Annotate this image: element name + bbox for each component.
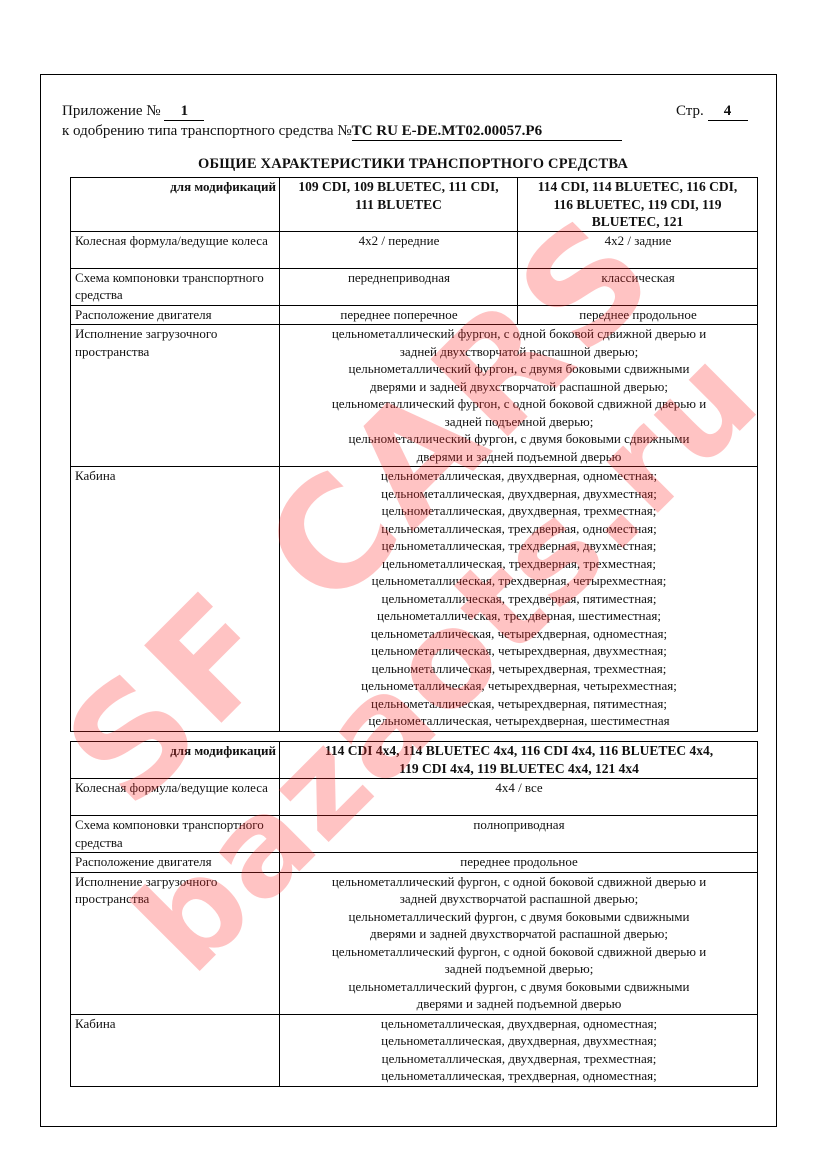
approval-number: ТС RU E-DE.MT02.00057.P6 — [352, 122, 622, 141]
page-number: 4 — [708, 102, 748, 121]
cabin-line: цельнометаллическая, трехдверная, шестим… — [284, 607, 754, 625]
cargo-values: цельнометаллический фургон, с одной боко… — [280, 872, 758, 1014]
cabin-line: цельнометаллическая, четырехдверная, чет… — [284, 677, 754, 695]
row-label: Колесная формула/ведущие колеса — [71, 231, 280, 268]
row-value: переднее поперечное — [280, 305, 518, 325]
row-value: 4x4 / все — [280, 779, 758, 816]
cargo-line: дверями и задней подъемной дверью — [284, 995, 754, 1013]
cabin-line: цельнометаллическая, двухдверная, двухме… — [284, 485, 754, 503]
document-title: ОБЩИЕ ХАРАКТЕРИСТИКИ ТРАНСПОРТНОГО СРЕДС… — [70, 156, 756, 173]
approval-label: к одобрению типа транспортного средства … — [62, 123, 352, 139]
table-row: Исполнение загрузочного пространства цел… — [71, 872, 758, 1014]
cargo-values: цельнометаллический фургон, с одной боко… — [280, 325, 758, 467]
cabin-line: цельнометаллическая, четырехдверная, дву… — [284, 642, 754, 660]
cabin-line: цельнометаллическая, трехдверная, трехме… — [284, 555, 754, 573]
cabin-line: цельнометаллическая, двухдверная, одноме… — [284, 1015, 754, 1033]
cargo-line: задней подъемной дверью; — [284, 960, 754, 978]
cargo-line: задней подъемной дверью; — [284, 413, 754, 431]
table-row: Исполнение загрузочного пространства цел… — [71, 325, 758, 467]
cargo-line: дверями и задней подъемной дверью — [284, 448, 754, 466]
cabin-values: цельнометаллическая, двухдверная, одноме… — [280, 467, 758, 732]
row-value: 4x2 / задние — [518, 231, 758, 268]
table-row: Расположение двигателя переднее продольн… — [71, 853, 758, 873]
cargo-line: цельнометаллический фургон, с двумя боко… — [284, 360, 754, 378]
row-label: Исполнение загрузочного пространства — [71, 325, 280, 467]
spec-table-4wd: для модификаций 114 CDI 4x4, 114 BLUETEC… — [70, 741, 758, 1087]
cabin-line: цельнометаллическая, трехдверная, четыре… — [284, 572, 754, 590]
cargo-line: цельнометаллический фургон, с одной боко… — [284, 325, 754, 343]
table-row: для модификаций 109 CDI, 109 BLUETEC, 11… — [71, 178, 758, 232]
table-row: для модификаций 114 CDI 4x4, 114 BLUETEC… — [71, 742, 758, 779]
cabin-line: цельнометаллическая, двухдверная, трехме… — [284, 1050, 754, 1068]
appendix-label: Приложение № — [62, 103, 161, 119]
row-value: полноприводная — [280, 816, 758, 853]
mods-col1: 109 CDI, 109 BLUETEC, 111 CDI, 111 BLUET… — [280, 178, 518, 232]
page-number-line: Стр. 4 — [676, 102, 748, 121]
cabin-line: цельнометаллическая, трехдверная, пятиме… — [284, 590, 754, 608]
row-label: Кабина — [71, 467, 280, 732]
table-row: Кабина цельнометаллическая, двухдверная,… — [71, 1014, 758, 1086]
cabin-line: цельнометаллическая, двухдверная, двухме… — [284, 1032, 754, 1050]
table-row: Схема компоновки транспортного средства … — [71, 268, 758, 305]
cargo-line: цельнометаллический фургон, с двумя боко… — [284, 430, 754, 448]
cabin-values: цельнометаллическая, двухдверная, одноме… — [280, 1014, 758, 1086]
row-label: Схема компоновки транспортного средства — [71, 268, 280, 305]
appendix-line: Приложение № 1 — [62, 102, 204, 121]
mods-value-line: 114 CDI 4x4, 114 BLUETEC 4x4, 116 CDI 4x… — [284, 742, 754, 760]
page-label: Стр. — [676, 103, 704, 119]
cabin-line: цельнометаллическая, двухдверная, одноме… — [284, 467, 754, 485]
row-label: Схема компоновки транспортного средства — [71, 816, 280, 853]
cabin-line: цельнометаллическая, четырехдверная, тре… — [284, 660, 754, 678]
cabin-line: цельнометаллическая, двухдверная, трехме… — [284, 502, 754, 520]
row-label: Колесная формула/ведущие колеса — [71, 779, 280, 816]
cabin-line: цельнометаллическая, трехдверная, одноме… — [284, 1067, 754, 1085]
row-label: Расположение двигателя — [71, 305, 280, 325]
cabin-line: цельнометаллическая, трехдверная, двухме… — [284, 537, 754, 555]
row-label: Расположение двигателя — [71, 853, 280, 873]
row-value: переднее продольное — [280, 853, 758, 873]
mods-value: 114 CDI 4x4, 114 BLUETEC 4x4, 116 CDI 4x… — [280, 742, 758, 779]
cabin-line: цельнометаллическая, четырехдверная, пят… — [284, 695, 754, 713]
row-label: Кабина — [71, 1014, 280, 1086]
table-row: Колесная формула/ведущие колеса 4x2 / пе… — [71, 231, 758, 268]
cargo-line: дверями и задней двухстворчатой распашно… — [284, 378, 754, 396]
row-value: классическая — [518, 268, 758, 305]
cargo-line: цельнометаллический фургон, с одной боко… — [284, 395, 754, 413]
cargo-line: цельнометаллический фургон, с одной боко… — [284, 943, 754, 961]
cargo-line: цельнометаллический фургон, с одной боко… — [284, 873, 754, 891]
row-label: Исполнение загрузочного пространства — [71, 872, 280, 1014]
cargo-line: цельнометаллический фургон, с двумя боко… — [284, 978, 754, 996]
row-value: переднеприводная — [280, 268, 518, 305]
spec-table-2wd: для модификаций 109 CDI, 109 BLUETEC, 11… — [70, 177, 758, 732]
appendix-number: 1 — [164, 102, 204, 121]
table-row: Кабина цельнометаллическая, двухдверная,… — [71, 467, 758, 732]
row-value: 4x2 / передние — [280, 231, 518, 268]
table-row: Колесная формула/ведущие колеса 4x4 / вс… — [71, 779, 758, 816]
cargo-line: дверями и задней двухстворчатой распашно… — [284, 925, 754, 943]
cargo-line: задней двухстворчатой распашной дверью; — [284, 343, 754, 361]
cargo-line: цельнометаллический фургон, с двумя боко… — [284, 908, 754, 926]
row-value: переднее продольное — [518, 305, 758, 325]
mods-col2: 114 CDI, 114 BLUETEC, 116 CDI, 116 BLUET… — [518, 178, 758, 232]
mods-value-line: 119 CDI 4x4, 119 BLUETEC 4x4, 121 4x4 — [284, 760, 754, 778]
table-row: Расположение двигателя переднее поперечн… — [71, 305, 758, 325]
mods-label: для модификаций — [71, 742, 280, 779]
cabin-line: цельнометаллическая, четырехдверная, шес… — [284, 712, 754, 730]
cabin-line: цельнометаллическая, трехдверная, одноме… — [284, 520, 754, 538]
mods-label: для модификаций — [71, 178, 280, 232]
table-row: Схема компоновки транспортного средства … — [71, 816, 758, 853]
approval-line: к одобрению типа транспортного средства … — [62, 122, 622, 141]
cargo-line: задней двухстворчатой распашной дверью; — [284, 890, 754, 908]
cabin-line: цельнометаллическая, четырехдверная, одн… — [284, 625, 754, 643]
